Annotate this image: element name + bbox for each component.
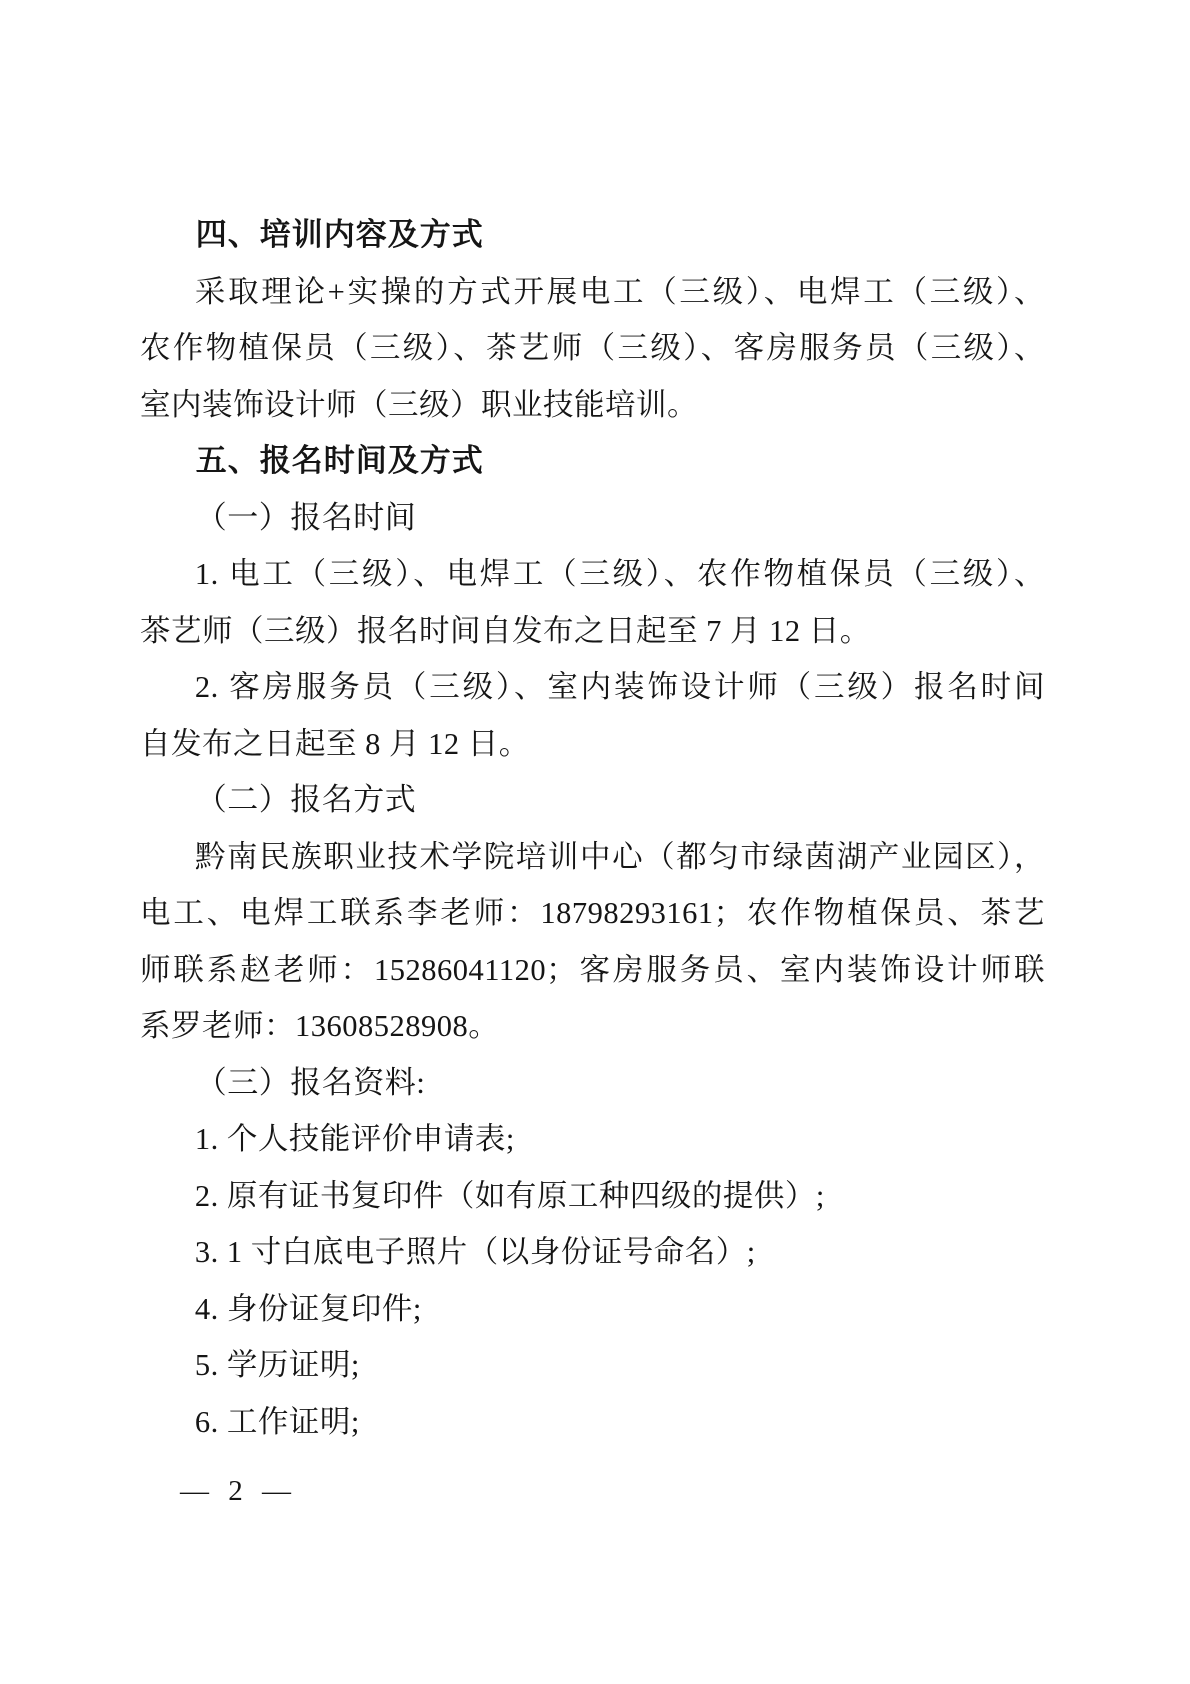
paragraph-line: 系罗老师：13608528908。: [140, 998, 1045, 1055]
list-item-line: 1. 个人技能评价申请表;: [140, 1111, 1045, 1168]
section-heading-5: 五、报名时间及方式: [140, 433, 1045, 490]
paragraph-line: 电工、电焊工联系李老师：18798293161；农作物植保员、茶艺: [140, 885, 1045, 942]
list-item-line: 1. 电工（三级）、电焊工（三级）、农作物植保员（三级）、: [140, 546, 1045, 603]
list-item-line: 4. 身份证复印件;: [140, 1281, 1045, 1338]
page-number: — 2 —: [180, 1470, 297, 1512]
list-item-line: 2. 客房服务员（三级）、室内装饰设计师（三级）报名时间: [140, 659, 1045, 716]
list-item-line: 6. 工作证明;: [140, 1394, 1045, 1451]
list-item-line: 5. 学历证明;: [140, 1337, 1045, 1394]
subsection-heading-3: （三）报名资料:: [140, 1055, 1045, 1112]
document-page: 四、培训内容及方式 采取理论+实操的方式开展电工（三级）、电焊工（三级）、 农作…: [0, 0, 1190, 1684]
paragraph-line: 师联系赵老师：15286041120；客房服务员、室内装饰设计师联: [140, 942, 1045, 999]
paragraph-line: 自发布之日起至 8 月 12 日。: [140, 716, 1045, 773]
paragraph-line: 黔南民族职业技术学院培训中心（都匀市绿茵湖产业园区），: [140, 829, 1045, 886]
subsection-heading-1: （一）报名时间: [140, 490, 1045, 547]
paragraph-line: 采取理论+实操的方式开展电工（三级）、电焊工（三级）、: [140, 264, 1045, 321]
section-heading-4: 四、培训内容及方式: [140, 207, 1045, 264]
paragraph-line: 室内装饰设计师（三级）职业技能培训。: [140, 377, 1045, 434]
list-item-line: 3. 1 寸白底电子照片（以身份证号命名）;: [140, 1224, 1045, 1281]
paragraph-line: 茶艺师（三级）报名时间自发布之日起至 7 月 12 日。: [140, 603, 1045, 660]
subsection-heading-2: （二）报名方式: [140, 772, 1045, 829]
paragraph-line: 农作物植保员（三级）、茶艺师（三级）、客房服务员（三级）、: [140, 320, 1045, 377]
list-item-line: 2. 原有证书复印件（如有原工种四级的提供）;: [140, 1168, 1045, 1225]
document-body: 四、培训内容及方式 采取理论+实操的方式开展电工（三级）、电焊工（三级）、 农作…: [140, 207, 1045, 1450]
